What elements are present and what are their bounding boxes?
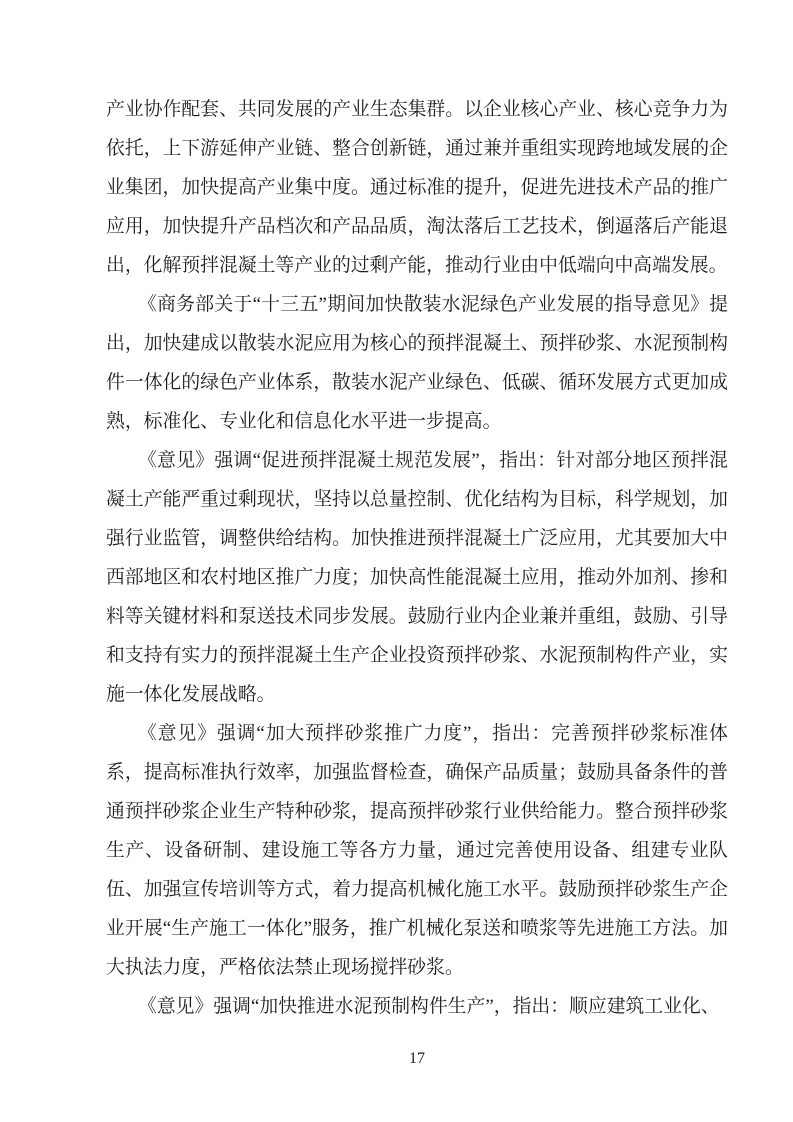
- paragraph-continuation: 产业协作配套、共同发展的产业生态集群。以企业核心产业、核心竞争力为依托，上下游延…: [106, 90, 728, 285]
- document-body: 产业协作配套、共同发展的产业生态集群。以企业核心产业、核心竞争力为依托，上下游延…: [106, 90, 728, 1026]
- paragraph-concrete-development: 《意见》强调“促进预拌混凝土规范发展”，指出：针对部分地区预拌混凝土产能严重过剩…: [106, 441, 728, 714]
- document-page: 产业协作配套、共同发展的产业生态集群。以企业核心产业、核心竞争力为依托，上下游延…: [0, 0, 793, 1122]
- page-number: 17: [106, 1049, 728, 1069]
- paragraph-guidance-opinion: 《商务部关于“十三五”期间加快散装水泥绿色产业发展的指导意见》提出，加快建成以散…: [106, 285, 728, 441]
- paragraph-mortar-promotion: 《意见》强调“加大预拌砂浆推广力度”，指出：完善预拌砂浆标准体系，提高标准执行效…: [106, 714, 728, 987]
- paragraph-precast-production: 《意见》强调“加快推进水泥预制构件生产”，指出：顺应建筑工业化、: [106, 987, 728, 1026]
